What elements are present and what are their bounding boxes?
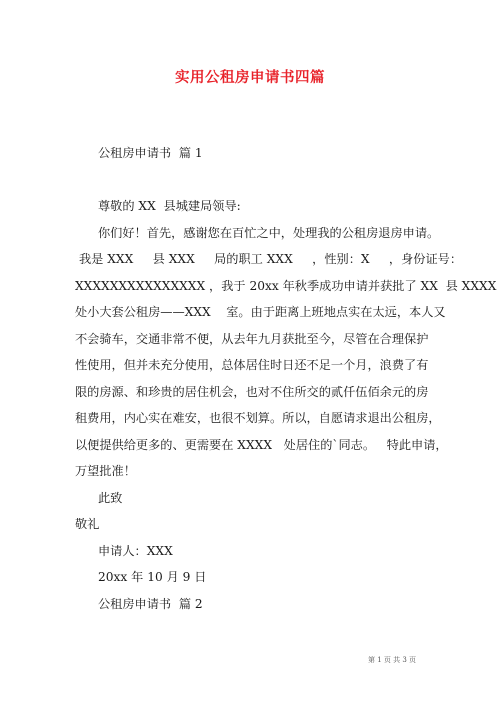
body-line: 处小大套公租房——XXX 室。由于距离上班地点实在太远，本人又 (75, 305, 446, 319)
body-line: 我是 XXX 县 XXX 局的职工 XXX ，性别：X ，身份证号： (79, 252, 462, 266)
body-line: 不会骑车，交通非常不便，从去年九月获批至今，尽管在合理保护 (75, 332, 428, 346)
section2-heading: 公租房申请书 篇 2 (98, 597, 203, 611)
body-line: 限的房源、和珍贵的居住机会，也对不住所交的贰仟伍佰余元的房 (75, 385, 428, 399)
closing-line-1: 此致 (98, 491, 122, 505)
body-line: 万望批准！ (75, 464, 136, 478)
section1-heading: 公租房申请书 篇 1 (98, 146, 203, 160)
applicant-line: 申请人：XXX (98, 544, 173, 558)
body-line: 租费用，内心实在难安，也很不划算。所以，自愿请求退出公租房， (75, 411, 441, 425)
closing-line-2: 敬礼 (75, 517, 99, 531)
page-indicator: 第 1 页 共 3 页 (368, 655, 416, 665)
body-line: 以便提供给更多的、更需要在 XXXX 处居住的`同志。 特此申请， (75, 438, 448, 452)
salutation: 尊敬的 XX 县城建局领导: (98, 199, 241, 213)
body-line: 你们好！首先，感谢您在百忙之中，处理我的公租房退房申请。 (98, 226, 439, 240)
body-line: 性使用，但并未充分使用，总体居住时日还不足一个月，浪费了有 (75, 358, 428, 372)
document-title: 实用公租房申请书四篇 (0, 66, 500, 87)
body-line: XXXXXXXXXXXXXXX ，我于 20xx 年秋季成功申请并获批了 XX … (75, 279, 496, 293)
date-line: 20xx 年 10 月 9 日 (98, 570, 206, 584)
